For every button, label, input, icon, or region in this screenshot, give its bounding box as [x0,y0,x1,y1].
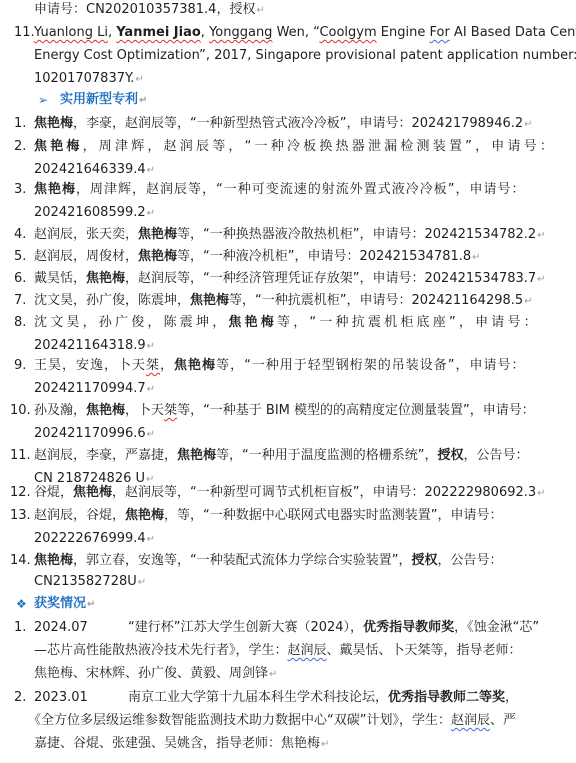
award-text: 《全方位多层级运维参数智能监测技术助力数据中心“双碳”计划》，学生： [28,713,451,728]
list-number: 3. [14,180,36,200]
patent-text: ，李豪，赵润辰等，“一种新型热管式液冷冷板”，申请号：202421798946.… [73,116,523,131]
diamond-bullet-icon: ❖ [16,594,27,614]
patent-text: Energy Cost Optimization”, 2017, Singapo… [34,46,576,66]
granted-label: 授权 [412,553,438,568]
list-number: 8. [14,313,36,333]
author-bold: 焦艳梅 [34,116,73,131]
list-number: 2. [14,137,36,157]
authors: 孙及瀚， [34,403,86,418]
paragraph-mark-icon: ↵ [147,384,155,395]
patent-text: ，等，“一种数据中心联网式电器实时监测装置”，申请号： [164,508,502,523]
author-name-bold: Yanmei Jiao [116,25,201,40]
author-bold: 焦艳梅 [190,293,229,308]
author-char-flagged: 桀 [146,358,160,373]
patent-number: 202421170996.6 [34,426,146,441]
author-bold: 焦艳梅 [86,271,125,286]
author-bold: 焦艳梅 [34,182,76,197]
author-bold: 焦艳梅 [34,139,83,154]
patent-text: 等，“一种抗震机柜底座”，申请号： [277,315,540,330]
title-word: Coolgym [319,25,376,40]
authors: 赵润辰，张天奕， [34,227,138,242]
paragraph-mark-icon: ↵ [537,274,545,285]
list-number: 9. [14,356,36,376]
author-bold: 焦艳梅 [73,485,112,500]
patent-text: ，周津辉，赵润辰等，“一种可变流速的射流外置式液冷冷板”，申请号： [76,182,525,197]
list-number: 1. [14,114,36,134]
authors: 沈文昊，孙广俊，陈震坤， [34,293,190,308]
list-number: 12. [10,483,32,503]
award-text: 嘉捷、谷焜、张建强、吴姚含，指导老师：焦艳梅 [34,736,320,751]
patent-text: 等，“一种液冷机柜”，申请号：202421534781.8 [177,249,471,264]
author-bold: 焦艳梅 [125,508,164,523]
authors: 谷焜， [34,485,73,500]
award-title-bold: 优秀指导教师奖 [363,620,454,635]
list-number: 5. [14,247,36,267]
patent-text: 等，“一种基于 BIM 模型的的高精度定位测量装置”，申请号： [177,403,535,418]
list-number: 10. [10,401,32,421]
paragraph-mark-icon: ↵ [139,95,147,106]
patent-number: 202222676999.4 [34,531,146,546]
paragraph-mark-icon: ↵ [147,341,155,352]
award-text: 南京工业大学第十九届本科生学术科技论坛， [128,690,388,705]
list-number: 4. [14,225,36,245]
student-name-flagged: 赵润辰 [288,643,327,658]
award-date: 2023.01 [34,688,128,708]
paragraph-mark-icon: ↵ [524,296,532,307]
award-title-bold: 优秀指导教师二等奖 [388,690,505,705]
patent-number: 202421170994.7 [34,381,146,396]
paragraph-mark-icon: ↵ [256,5,264,16]
section-title: 获奖情况 [34,596,86,611]
author-bold: 焦艳梅 [174,358,216,373]
patent-text: 等，“一种换热器液冷散热机柜”，申请号：202421534782.2 [177,227,536,242]
paragraph-mark-icon: ↵ [135,74,143,85]
author-bold: 焦艳梅 [138,227,177,242]
continuation-text: 申请号：CN202010357381.4，授权 [34,2,255,17]
award-text: ，《蚀金湫“芯” [454,620,539,635]
paragraph-mark-icon: ↵ [147,534,155,545]
patent-text: ，周津辉，赵润辰等，“一种冷板换热器泄漏检测装置”，申请号： [83,139,556,154]
author-name: Yuanlong Li [34,25,108,40]
author-name-rest: Wen, “ [272,25,319,40]
paragraph-mark-icon: ↵ [87,599,95,610]
section-title: 实用新型专利 [60,92,138,107]
authors: 赵润辰，李豪，严嘉捷， [34,448,177,463]
paragraph-mark-icon: ↵ [524,119,532,130]
paragraph-mark-icon: ↵ [472,252,480,263]
list-number: 7. [14,291,36,311]
list-number: 1. [14,618,36,638]
patent-text: 等，“一种用于温度监测的格栅系统”， [216,448,437,463]
author-bold: 焦艳梅 [34,553,73,568]
advisors: 焦艳梅、宋林辉、孙广俊、黄毅、周剑锋 [34,666,268,681]
authors: 赵润辰，谷焜， [34,508,125,523]
publication-number: CN213582728U [34,574,137,589]
award-text: —芯片高性能散热液冷技术先行者》，学生： [34,643,288,658]
patent-text: 等，“一种抗震机柜”，申请号：202421164298.5 [229,293,523,308]
award-date: 2024.07 [34,618,128,638]
author-name: Yonggang [209,25,272,40]
list-number: 14. [10,551,32,571]
paragraph-mark-icon: ↵ [147,429,155,440]
authors: 沈文昊，孙广俊，陈震坤， [34,315,228,330]
award-text: 、戴昊恬、卜天桀等，指导老师： [327,643,522,658]
authors: 戴昊恬， [34,271,86,286]
title-word: For [429,25,449,40]
paragraph-mark-icon: ↵ [321,739,329,750]
paragraph-mark-icon: ↵ [537,488,545,499]
separator: ， [160,358,174,373]
title-word: Engine [377,25,430,40]
separator: , [108,25,116,40]
list-number: 6. [14,269,36,289]
patent-text: 等，“一种用于轻型钢桁架的吊装设备”，申请号： [216,358,525,373]
paragraph-mark-icon: ↵ [147,208,155,219]
author-bold: 焦艳梅 [177,448,216,463]
patent-number: 202421646339.4 [34,162,146,177]
granted-label: 授权 [438,448,464,463]
patent-text: ，赵润辰等，“一种经济管理凭证存放架”，申请号：202421534783.7 [125,271,536,286]
student-name-flagged: 赵润辰 [451,713,490,728]
list-number: 13. [10,506,32,526]
author-bold: 焦艳梅 [228,315,277,330]
paragraph-mark-icon: ↵ [269,669,277,680]
patent-number: 10201707837Y. [34,71,134,86]
author-bold: 焦艳梅 [138,249,177,264]
award-text: ， [505,690,518,705]
award-text: “建行杯”江苏大学生创新大赛（2024）， [128,620,363,635]
paragraph-mark-icon: ↵ [138,577,146,588]
paragraph-mark-icon: ↵ [537,230,545,241]
arrow-bullet-icon: ➢ [38,90,48,110]
patent-text: ，赵润辰等，“一种新型可调节式机柜盲板”，申请号：202222980692.3 [112,485,536,500]
separator: , [201,25,209,40]
patent-number: 202421608599.2 [34,205,146,220]
award-text: 、严 [490,713,516,728]
paragraph-mark-icon: ↵ [147,165,155,176]
authors: 王昊，安逸，卜天 [34,358,146,373]
patent-text: ，郭立春，安逸等，“一种装配式流体力学综合实验装置”， [73,553,411,568]
list-number: 11. [10,446,32,466]
list-number: 11. [14,23,36,43]
authors: 赵润辰，周俊材， [34,249,138,264]
title-word: AI Based Data Center [450,25,576,40]
patent-number: 202421164318.9 [34,338,146,353]
authors: ，卜天 [125,403,164,418]
patent-text: ，公告号： [464,448,529,463]
list-number: 2. [14,688,36,708]
patent-text: ，公告号： [438,553,503,568]
author-bold: 焦艳梅 [86,403,125,418]
author-char-flagged: 桀 [164,403,177,418]
